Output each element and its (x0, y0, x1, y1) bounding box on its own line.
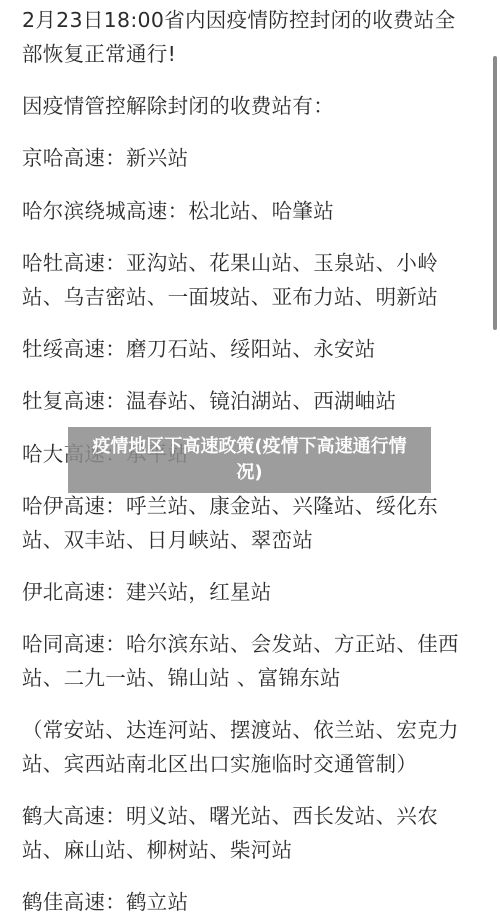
highway-paragraph: 京哈高速：新兴站 (22, 141, 472, 175)
highway-paragraph: 哈尔滨绕城高速：松北站、哈肇站 (22, 194, 472, 228)
vertical-scrollbar[interactable] (493, 56, 497, 330)
highway-paragraph: 哈同高速：哈尔滨东站、会发站、方正站、佳西站、二九一站、锦山站 、富锦东站 (22, 627, 472, 695)
caption-text: 疫情地区下高速政策(疫情下高速通行情况) (85, 434, 415, 486)
highway-paragraph: 鹤佳高速：鹤立站 (22, 885, 472, 919)
highway-paragraph: 哈牡高速：亚沟站、花果山站、玉泉站、小岭站、乌吉密站、一面坡站、亚布力站、明新站 (22, 246, 472, 314)
article-headline: 2月23日18:00省内因疫情防控封闭的收费站全部恢复正常通行! (22, 3, 472, 71)
highway-paragraph: 牡复高速：温春站、镜泊湖站、西湖岫站 (22, 384, 472, 418)
highway-paragraph: 伊北高速：建兴站，红星站 (22, 575, 472, 609)
highway-paragraph: 鹤大高速：明义站、曙光站、西长发站、兴农站、麻山站、柳树站、柴河站 (22, 799, 472, 867)
highway-paragraph: 哈伊高速：呼兰站、康金站、兴隆站、绥化东站、双丰站、日月峡站、翠峦站 (22, 489, 472, 557)
highway-paragraph: 牡绥高速：磨刀石站、绥阳站、永安站 (22, 332, 472, 366)
traffic-control-note: （常安站、达连河站、摆渡站、依兰站、宏克力站、宾西站南北区出口实施临时交通管制） (22, 713, 472, 781)
caption-overlay: 疫情地区下高速政策(疫情下高速通行情况) (68, 427, 431, 493)
article-intro: 因疫情管控解除封闭的收费站有： (22, 89, 472, 123)
